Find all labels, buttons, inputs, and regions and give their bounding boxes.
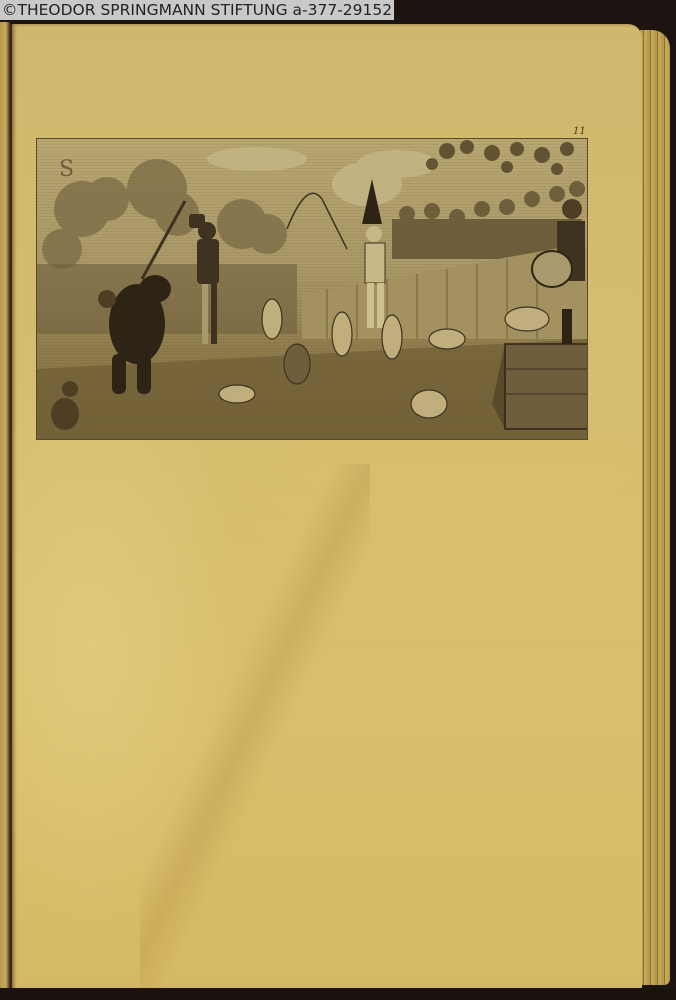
table-surface (0, 988, 676, 1000)
copyright-watermark: ©THEODOR SPRINGMANN STIFTUNG a-377-29152 (0, 0, 394, 20)
plate-letter: S (59, 157, 74, 182)
crowd-left (37, 264, 297, 334)
trees (42, 159, 287, 269)
page-stack-edges (640, 30, 670, 985)
water-stain (140, 464, 370, 1000)
circus-engraving-illustration (37, 139, 588, 440)
wooden-box (492, 344, 588, 429)
page-number: 11 (573, 126, 586, 137)
previous-page-edge (0, 22, 10, 992)
engraving-plate: S (36, 138, 588, 440)
overhanging-leaves (426, 140, 574, 175)
clouds (207, 147, 437, 206)
spectators-right (392, 181, 585, 259)
